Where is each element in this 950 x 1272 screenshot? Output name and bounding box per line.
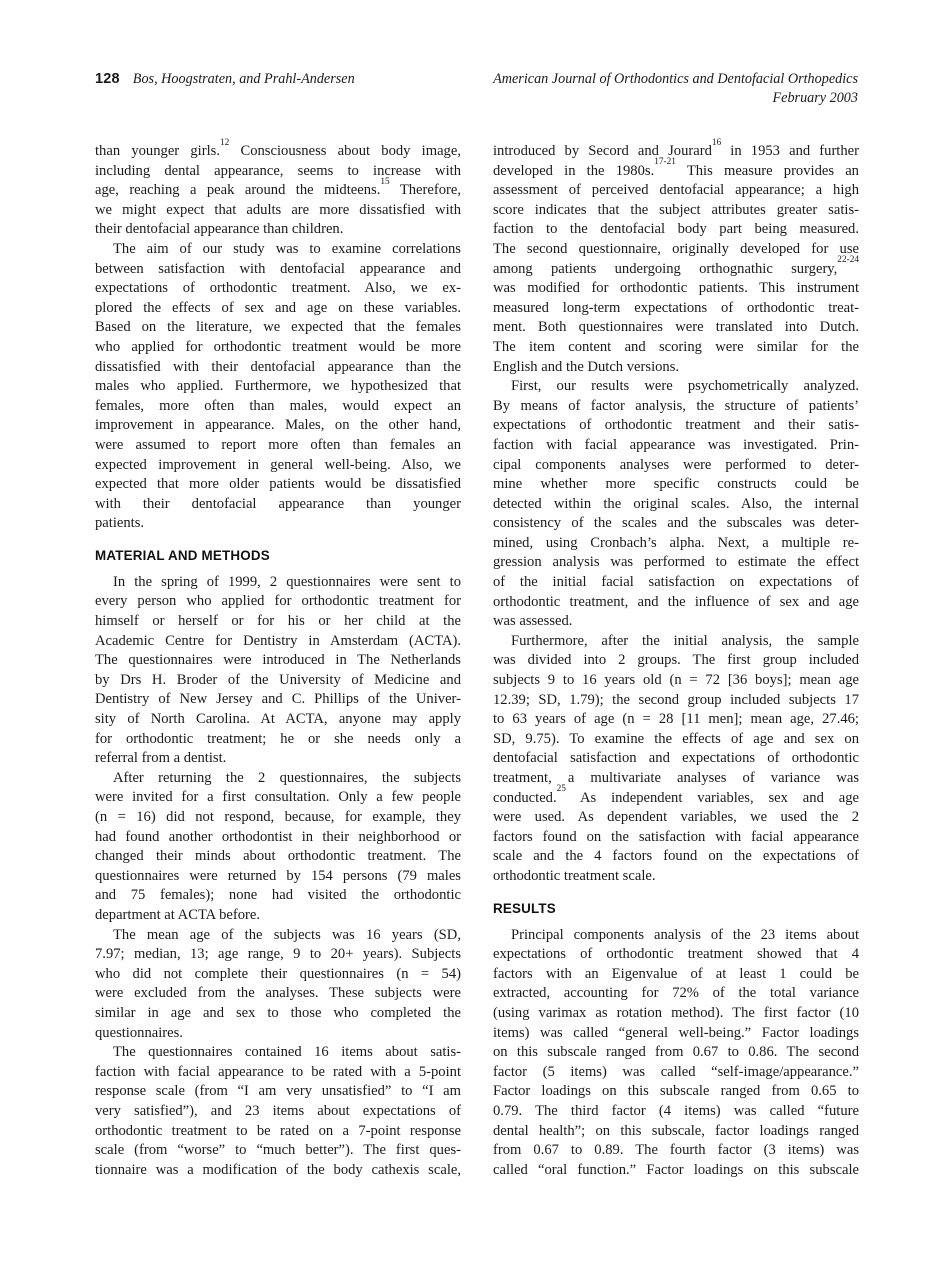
running-authors: Bos, Hoogstraten, and Prahl-Andersen (133, 71, 355, 87)
text-line: detected within the original scales. Als… (493, 495, 859, 515)
text-line: Factor loadings on this subscale ranged … (493, 1082, 859, 1102)
reference-superscript: 25 (557, 784, 566, 794)
text-line: questionnaires. (95, 1024, 461, 1044)
text-line: similar in age and sex to those who comp… (95, 1004, 461, 1024)
running-head-left: 128Bos, Hoogstraten, and Prahl-Andersen (95, 70, 355, 88)
article-body: than younger girls.12 Consciousness abou… (95, 142, 859, 1180)
section-heading: RESULTS (493, 901, 859, 916)
text-line: 0.79. The third factor (4 items) was cal… (493, 1102, 859, 1122)
reference-superscript: 22-24 (837, 255, 859, 265)
text-line: questionnaires were returned by 154 pers… (95, 867, 461, 887)
journal-title: American Journal of Orthodontics and Den… (493, 70, 858, 89)
text-line: introduced by Secord and Jourard16 in 19… (493, 142, 859, 162)
text-line: 7.97; median, 13; age range, 9 to 20+ ye… (95, 945, 461, 965)
text-line: In the spring of 1999, 2 questionnaires … (95, 573, 461, 593)
text-line: treatment, a multivariate analyses of va… (493, 769, 859, 789)
left-column: than younger girls.12 Consciousness abou… (95, 142, 461, 1180)
text-line: improvement in appearance. Males, on the… (95, 416, 461, 436)
text-line: orthodontic treatment, and the influence… (493, 593, 859, 613)
text-line: orthodontic treatment to be rated on a 7… (95, 1122, 461, 1142)
text-line: cipal components analyses were performed… (493, 456, 859, 476)
text-line: from 0.67 to 0.89. The fourth factor (3 … (493, 1141, 859, 1161)
text-line: expected improvement in general well-bei… (95, 456, 461, 476)
text-line: every person who applied for orthodontic… (95, 592, 461, 612)
text-line: faction to the dentofacial body part bei… (493, 220, 859, 240)
text-line: By means of factor analysis, the structu… (493, 397, 859, 417)
text-line: we might expect that adults are more dis… (95, 201, 461, 221)
text-line: The item content and scoring were simila… (493, 338, 859, 358)
text-line: extracted, accounting for 72% of the tot… (493, 984, 859, 1004)
text-line: Academic Centre for Dentistry in Amsterd… (95, 632, 461, 652)
text-line: ment. Both questionnaires were translate… (493, 318, 859, 338)
text-line: females, more often than males, would ex… (95, 397, 461, 417)
issue-date: February 2003 (493, 89, 858, 108)
text-line: tionnaire was a modification of the body… (95, 1161, 461, 1181)
text-line: were assumed to report more often than f… (95, 436, 461, 456)
text-line: The second questionnaire, originally dev… (493, 240, 859, 260)
text-line: The questionnaires were introduced in Th… (95, 651, 461, 671)
text-line: SD, 9.75). To examine the effects of age… (493, 730, 859, 750)
text-line: (using varimax as rotation method). The … (493, 1004, 859, 1024)
text-line: than younger girls.12 Consciousness abou… (95, 142, 461, 162)
text-line: by Drs H. Broder of the University of Me… (95, 671, 461, 691)
text-line: department at ACTA before. (95, 906, 461, 926)
reference-superscript: 16 (712, 138, 721, 148)
text-line: factors with an Eigenvalue of at least 1… (493, 965, 859, 985)
text-line: males who applied. Furthermore, we hypot… (95, 377, 461, 397)
page-header: 128Bos, Hoogstraten, and Prahl-Andersen … (95, 70, 858, 107)
text-line: among patients undergoing orthognathic s… (493, 260, 859, 280)
text-line: had found another orthodontist in their … (95, 828, 461, 848)
text-line: measured long-term expectations of ortho… (493, 299, 859, 319)
reference-superscript: 15 (380, 177, 389, 187)
text-line: The mean age of the subjects was 16 year… (95, 926, 461, 946)
right-column: introduced by Secord and Jourard16 in 19… (493, 142, 859, 1180)
text-line: Dentistry of New Jersey and C. Phillips … (95, 690, 461, 710)
text-line: After returning the 2 questionnaires, th… (95, 769, 461, 789)
text-line: dentofacial satisfaction and expectation… (493, 749, 859, 769)
text-line: English and the Dutch versions. (493, 358, 859, 378)
text-line: faction with facial appearance to be rat… (95, 1063, 461, 1083)
text-line: assessment of perceived dentofacial appe… (493, 181, 859, 201)
text-line: factor (5 items) was called “self-image/… (493, 1063, 859, 1083)
text-line: 12.39; SD, 1.79); the second group inclu… (493, 691, 859, 711)
text-line: items) was called “general well-being.” … (493, 1024, 859, 1044)
text-line: referral from a dentist. (95, 749, 461, 769)
text-line: was modified for orthodontic patients. T… (493, 279, 859, 299)
text-line: were used. As dependent variables, we us… (493, 808, 859, 828)
text-line: were excluded from the analyses. These s… (95, 984, 461, 1004)
journal-page: 128Bos, Hoogstraten, and Prahl-Andersen … (0, 0, 950, 1272)
text-line: response scale (from “I am very unsatisf… (95, 1082, 461, 1102)
text-line: who did not complete their questionnaire… (95, 965, 461, 985)
text-line: orthodontic treatment scale. (493, 867, 859, 887)
text-line: plored the effects of sex and age on the… (95, 299, 461, 319)
text-line: developed in the 1980s.17-21 This measur… (493, 162, 859, 182)
text-line: expectations of orthodontic treatment an… (493, 416, 859, 436)
text-line: on this subscale ranged from 0.67 to 0.8… (493, 1043, 859, 1063)
text-line: their dentofacial appearance than childr… (95, 220, 461, 240)
reference-superscript: 17-21 (654, 157, 676, 167)
running-head-right: American Journal of Orthodontics and Den… (493, 70, 858, 107)
text-line: scale and the 4 factors found on the exp… (493, 847, 859, 867)
text-line: between satisfaction with dentofacial ap… (95, 260, 461, 280)
section-heading: MATERIAL AND METHODS (95, 548, 461, 563)
text-line: who applied for orthodontic treatment wo… (95, 338, 461, 358)
text-line: (n = 16) did not respond, because, for e… (95, 808, 461, 828)
text-line: for orthodontic treatment; he or she nee… (95, 730, 461, 750)
text-line: The questionnaires contained 16 items ab… (95, 1043, 461, 1063)
page-number: 128 (95, 71, 120, 87)
text-line: mined, using Cronbach’s alpha. Next, a m… (493, 534, 859, 554)
text-line: mine whether more specific constructs co… (493, 475, 859, 495)
text-line: expected that more older patients would … (95, 475, 461, 495)
text-line: and 75 females); none had visited the or… (95, 886, 461, 906)
text-line: factors found on the satisfaction with f… (493, 828, 859, 848)
reference-superscript: 12 (220, 138, 229, 148)
text-line: were invited for a first consultation. O… (95, 788, 461, 808)
text-line: The aim of our study was to examine corr… (95, 240, 461, 260)
text-line: changed their minds about orthodontic tr… (95, 847, 461, 867)
text-line: faction with facial appearance was inves… (493, 436, 859, 456)
text-line: expectations of orthodontic treatment sh… (493, 945, 859, 965)
text-line: gression analysis was performed to estim… (493, 553, 859, 573)
text-line: age, reaching a peak around the midteens… (95, 181, 461, 201)
text-line: called “oral function.” Factor loadings … (493, 1161, 859, 1181)
text-line: consistency of the scales and the subsca… (493, 514, 859, 534)
text-line: First, our results were psychometrically… (493, 377, 859, 397)
text-line: scale (from “worse” to “much better”). T… (95, 1141, 461, 1161)
text-line: to 63 years of age (n = 28 [11 men]; mea… (493, 710, 859, 730)
text-line: Principal components analysis of the 23 … (493, 926, 859, 946)
text-line: expectations of orthodontic treatment. A… (95, 279, 461, 299)
text-line: of the initial facial satisfaction on ex… (493, 573, 859, 593)
text-line: very satisfied”), and 23 items about exp… (95, 1102, 461, 1122)
text-line: score indicates that the subject attribu… (493, 201, 859, 221)
text-line: with their dentofacial appearance than y… (95, 495, 461, 515)
text-line: was assessed. (493, 612, 859, 632)
text-line: Based on the literature, we expected tha… (95, 318, 461, 338)
text-line: including dental appearance, seems to in… (95, 162, 461, 182)
text-line: conducted.25 As independent variables, s… (493, 789, 859, 809)
text-line: himself or herself or for his or her chi… (95, 612, 461, 632)
text-line: was divided into 2 groups. The first gro… (493, 651, 859, 671)
text-line: Furthermore, after the initial analysis,… (493, 632, 859, 652)
text-line: subjects 9 to 16 years old (n = 72 [36 b… (493, 671, 859, 691)
text-line: patients. (95, 514, 461, 534)
text-line: dental health”; on this subscale, factor… (493, 1122, 859, 1142)
text-line: sity of North Carolina. At ACTA, anyone … (95, 710, 461, 730)
text-line: dissatisfied with their dentofacial appe… (95, 358, 461, 378)
